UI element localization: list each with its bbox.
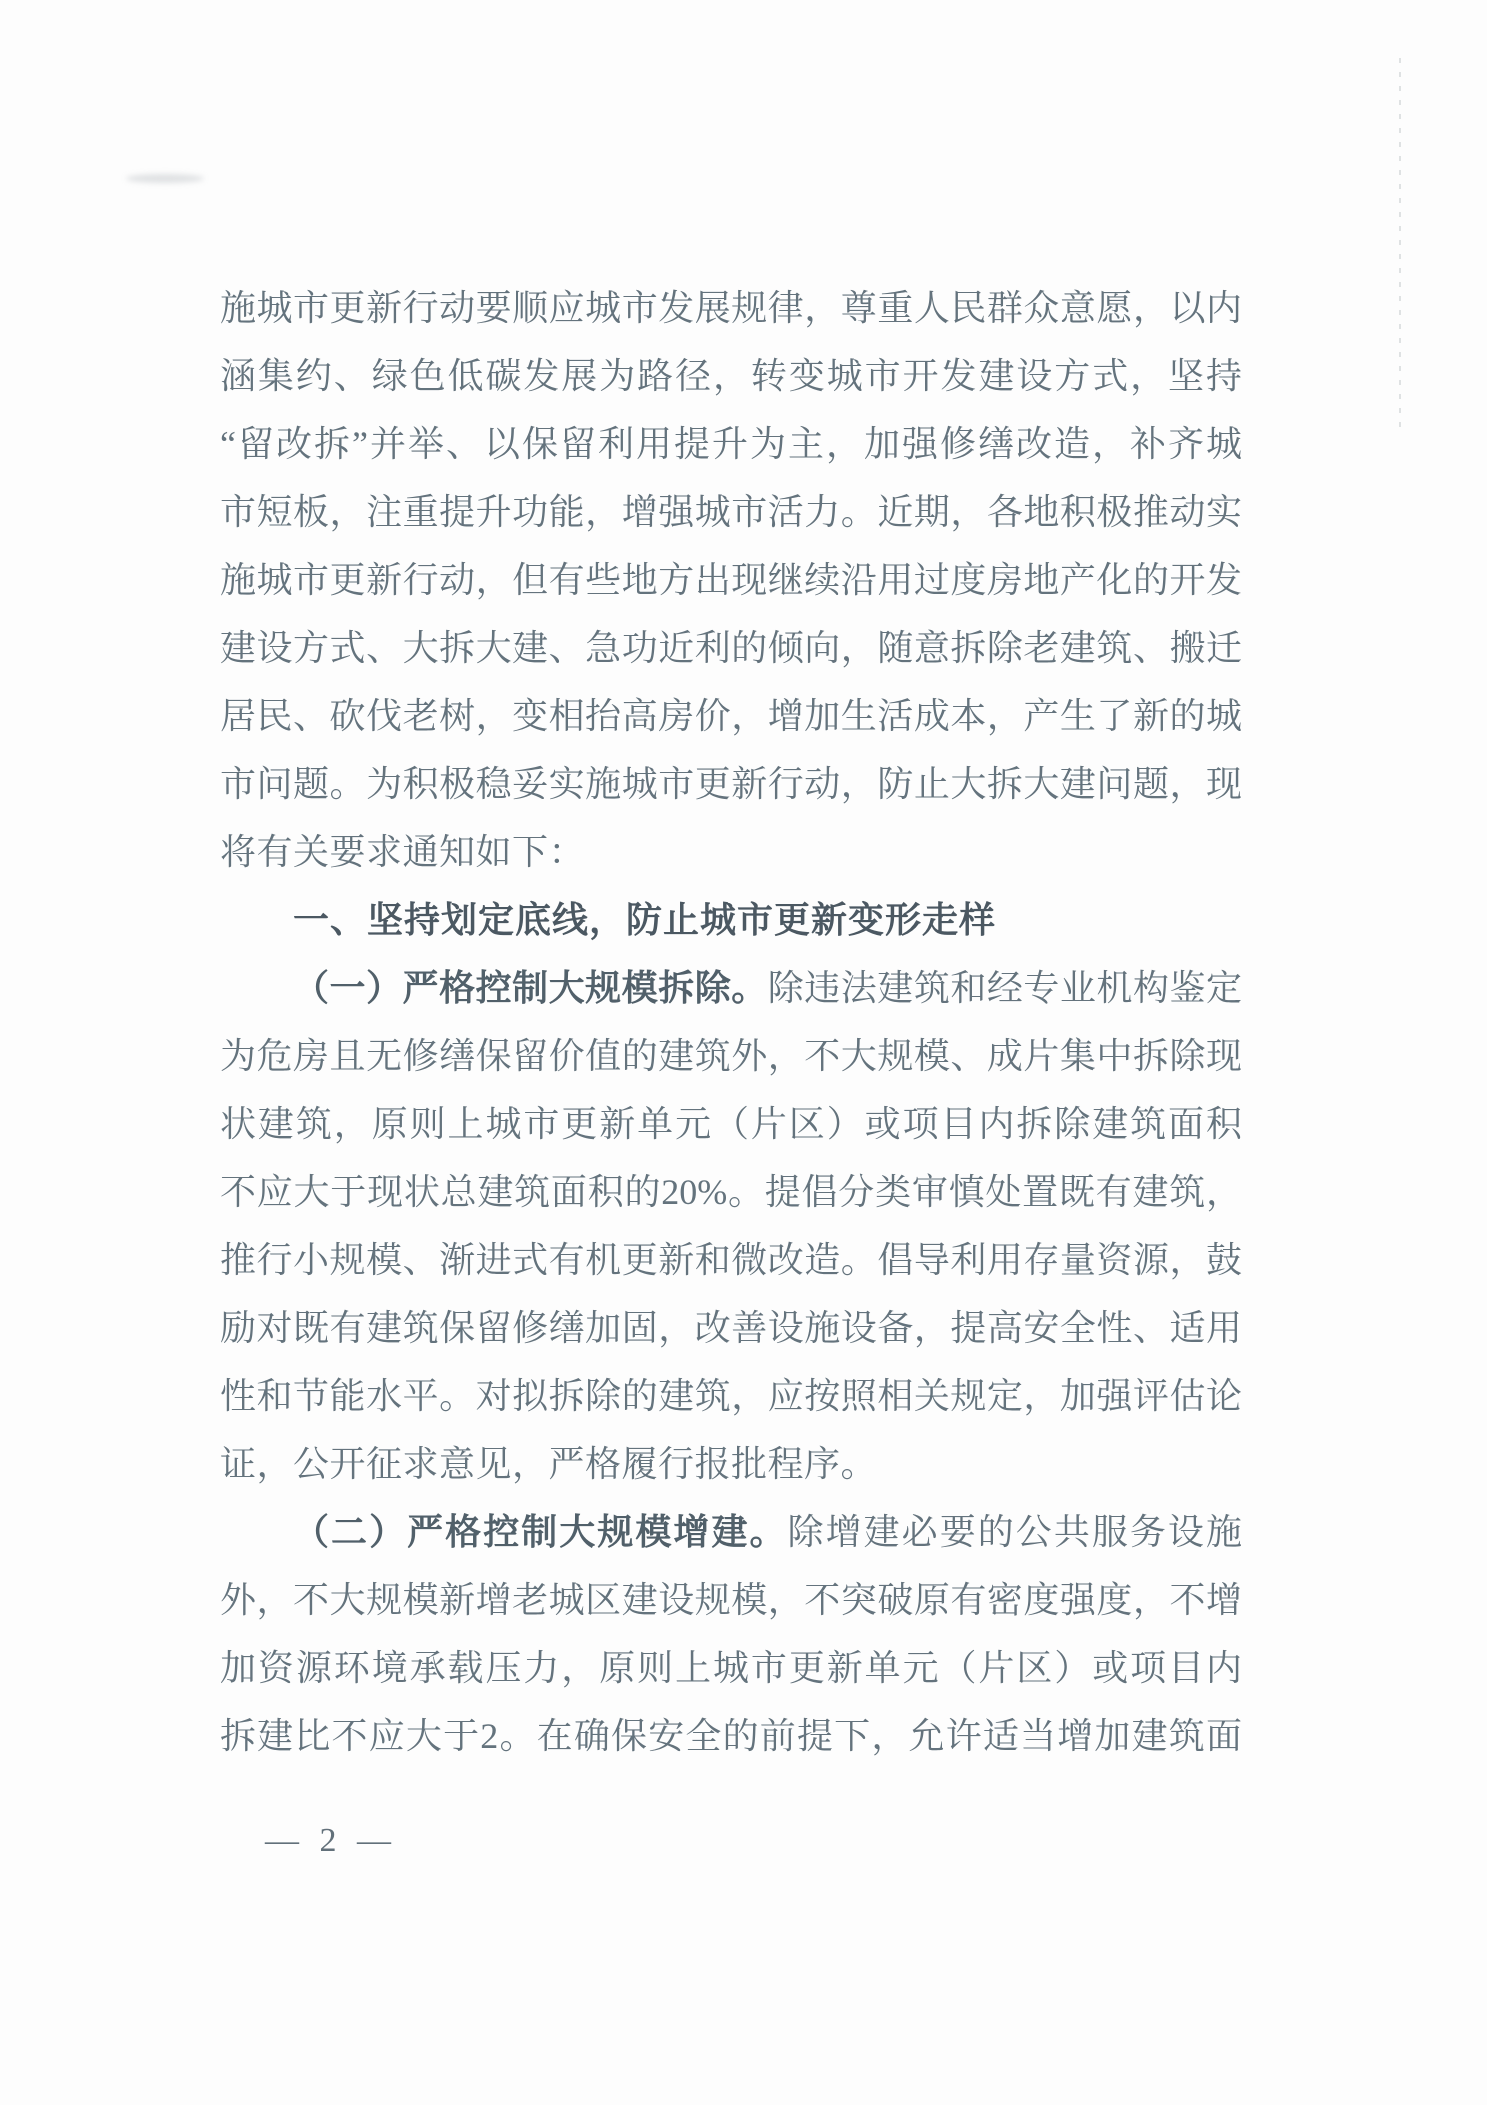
text-line: 拆建比不应大于2。在确保安全的前提下，允许适当增加建筑面 [220,1702,1242,1770]
scan-smudge-artifact [126,174,204,183]
text-line: 施城市更新行动要顺应城市发展规律，尊重人民群众意愿，以内 [220,274,1242,342]
text-line: 涵集约、绿色低碳发展为路径，转变城市开发建设方式，坚持 [220,342,1242,410]
text-line: 建设方式、大拆大建、急功近利的倾向，随意拆除老建筑、搬迁 [220,614,1242,682]
text-line: （二）严格控制大规模增建。除增建必要的公共服务设施 [220,1498,1242,1566]
text-line: “留改拆”并举、以保留利用提升为主，加强修缮改造，补齐城 [220,410,1242,478]
text-line: 为危房且无修缮保留价值的建筑外，不大规模、成片集中拆除现 [220,1022,1242,1090]
text-line: 励对既有建筑保留修缮加固，改善设施设备，提高安全性、适用 [220,1294,1242,1362]
text-line: 居民、砍伐老树，变相抬高房价，增加生活成本，产生了新的城 [220,682,1242,750]
text-line: 外，不大规模新增老城区建设规模，不突破原有密度强度，不增 [220,1566,1242,1634]
section-heading: 一、坚持划定底线，防止城市更新变形走样 [220,886,1242,954]
document-body: 施城市更新行动要顺应城市发展规律，尊重人民群众意愿，以内涵集约、绿色低碳发展为路… [220,274,1242,1770]
page-number-footer: — 2 — [265,1822,397,1860]
text-line: 施城市更新行动，但有些地方出现继续沿用过度房地产化的开发 [220,546,1242,614]
text-line: 状建筑，原则上城市更新单元（片区）或项目内拆除建筑面积 [220,1090,1242,1158]
text-line: 将有关要求通知如下： [220,818,1242,886]
text-line: 证，公开征求意见，严格履行报批程序。 [220,1430,1242,1498]
paragraph-lead-bold: （一）严格控制大规模拆除。 [293,968,768,1008]
text-line: 市短板，注重提升功能，增强城市活力。近期，各地积极推动实 [220,478,1242,546]
document-page: 施城市更新行动要顺应城市发展规律，尊重人民群众意愿，以内涵集约、绿色低碳发展为路… [0,0,1487,2105]
text-line: 不应大于现状总建筑面积的20%。提倡分类审慎处置既有建筑， [220,1158,1242,1226]
text-line: 市问题。为积极稳妥实施城市更新行动，防止大拆大建问题，现 [220,750,1242,818]
scan-dotted-line-artifact [1399,58,1401,428]
text-line: （一）严格控制大规模拆除。除违法建筑和经专业机构鉴定 [220,954,1242,1022]
paragraph-lead-bold: （二）严格控制大规模增建。 [293,1512,788,1552]
text-line: 加资源环境承载压力，原则上城市更新单元（片区）或项目内 [220,1634,1242,1702]
text-line: 推行小规模、渐进式有机更新和微改造。倡导利用存量资源，鼓 [220,1226,1242,1294]
text-line: 性和节能水平。对拟拆除的建筑，应按照相关规定，加强评估论 [220,1362,1242,1430]
